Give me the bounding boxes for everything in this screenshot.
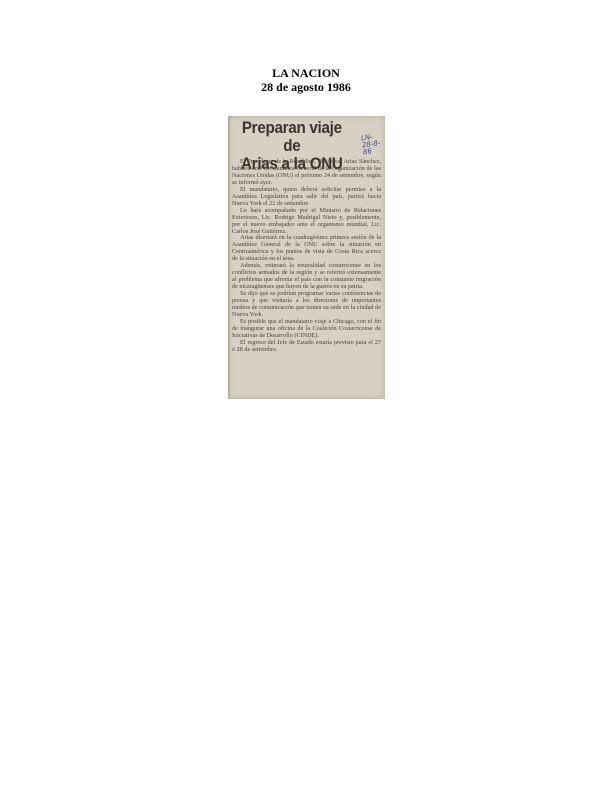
- article-body: El Presidente de la República, Dr. Oscar…: [232, 159, 381, 354]
- newspaper-clipping: Preparan viaje de Arias a la ONU LN- 28-…: [228, 116, 385, 399]
- paragraph: El regreso del Jefe de Estado estaría pr…: [232, 340, 381, 354]
- clipping-edge: [228, 116, 230, 399]
- paragraph: Es posible que el mandatario viaje a Chi…: [232, 319, 381, 340]
- document-header: LA NACION 28 de agosto 1986: [0, 66, 612, 94]
- paragraph: Además, reiterará la neutralidad costarr…: [232, 263, 381, 291]
- headline-line-1: Preparan viaje de: [232, 119, 352, 155]
- paragraph: El Presidente de la República, Dr. Oscar…: [232, 159, 381, 187]
- paragraph: El mandatario, quien deberá solicitar pe…: [232, 187, 381, 208]
- paragraph: Lo hará acompañado por el Ministro de Re…: [232, 208, 381, 236]
- publication-date: 28 de agosto 1986: [0, 80, 612, 94]
- paragraph: Arias disertará en la cuadragésimo prime…: [232, 235, 381, 263]
- handwritten-date-note: LN- 28-8- 86: [361, 133, 385, 157]
- paragraph: Se dijo que se podrían programar varias …: [232, 291, 381, 319]
- newspaper-name: LA NACION: [0, 66, 612, 80]
